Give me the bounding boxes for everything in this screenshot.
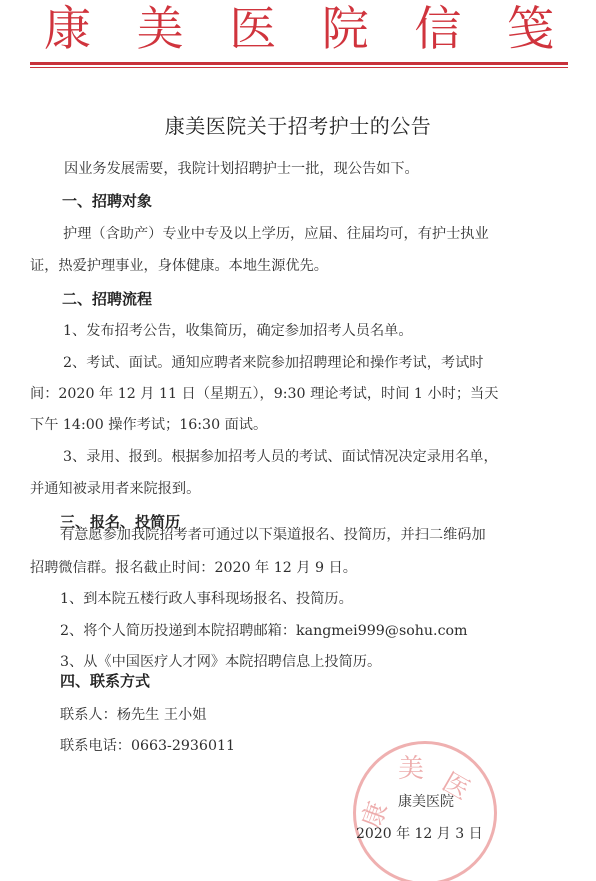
body-line: 下午 14:00 操作考试；16:30 面试。 <box>30 416 267 434</box>
body-line: 有意愿参加我院招考者可通过以下渠道报名、投简历，并扫二维码加 <box>60 526 486 544</box>
seal-char: 美 <box>398 748 424 785</box>
contact-phone: 联系电话：0663-2936011 <box>60 737 235 755</box>
intro-paragraph: 因业务发展需要，我院计划招聘护士一批，现公告如下。 <box>64 160 419 178</box>
letterhead-char: 美 <box>137 2 184 58</box>
body-line: 招聘微信群。报名截止时间：2020 年 12 月 9 日。 <box>30 559 357 577</box>
body-line-email: 2、将个人简历投递到本院招聘邮箱：kangmei999@sohu.com <box>60 622 468 640</box>
body-line: 1、发布招考公告，收集简历，确定参加招考人员名单。 <box>63 322 413 340</box>
signature-date: 2020 年 12 月 3 日 <box>356 825 483 843</box>
body-line: 护理（含助产）专业中专及以上学历，应届、往届均可，有护士执业 <box>63 225 489 243</box>
signature-org: 康美医院 <box>398 793 454 811</box>
document-title: 康美医院关于招考护士的公告 <box>0 110 596 139</box>
body-line: 3、从《中国医疗人才网》本院招聘信息上投简历。 <box>60 653 381 671</box>
body-line: 间：2020 年 12 月 11 日（星期五），9:30 理论考试，时间 1 小… <box>30 385 498 403</box>
letterhead-rule-thin <box>30 67 568 68</box>
body-line: 2、考试、面试。通知应聘者来院参加招聘理论和操作考试，考试时 <box>63 354 483 372</box>
body-line: 3、录用、报到。根据参加招考人员的考试、面试情况决定录用名单， <box>63 448 498 466</box>
letterhead-char: 院 <box>322 2 369 58</box>
letterhead-char: 信 <box>414 2 461 58</box>
section-heading-recruitment-target: 一、招聘对象 <box>62 192 152 210</box>
body-line: 证，热爱护理事业，身体健康。本地生源优先。 <box>30 257 328 275</box>
letterhead-char: 笺 <box>507 2 554 58</box>
letterhead-title: 康 美 医 院 信 笺 <box>44 2 554 58</box>
section-heading-recruitment-process: 二、招聘流程 <box>62 290 152 308</box>
letterhead-char: 康 <box>44 2 91 58</box>
body-line: 1、到本院五楼行政人事科现场报名、投简历。 <box>60 590 353 608</box>
letterhead-rule-thick <box>30 62 568 65</box>
contact-person: 联系人：杨先生 王小姐 <box>60 706 206 724</box>
official-seal: 美 医 康 <box>353 741 497 881</box>
body-line: 并通知被录用者来院报到。 <box>30 480 200 498</box>
letterhead-char: 医 <box>229 2 276 58</box>
section-heading-contact: 四、联系方式 <box>60 672 150 690</box>
